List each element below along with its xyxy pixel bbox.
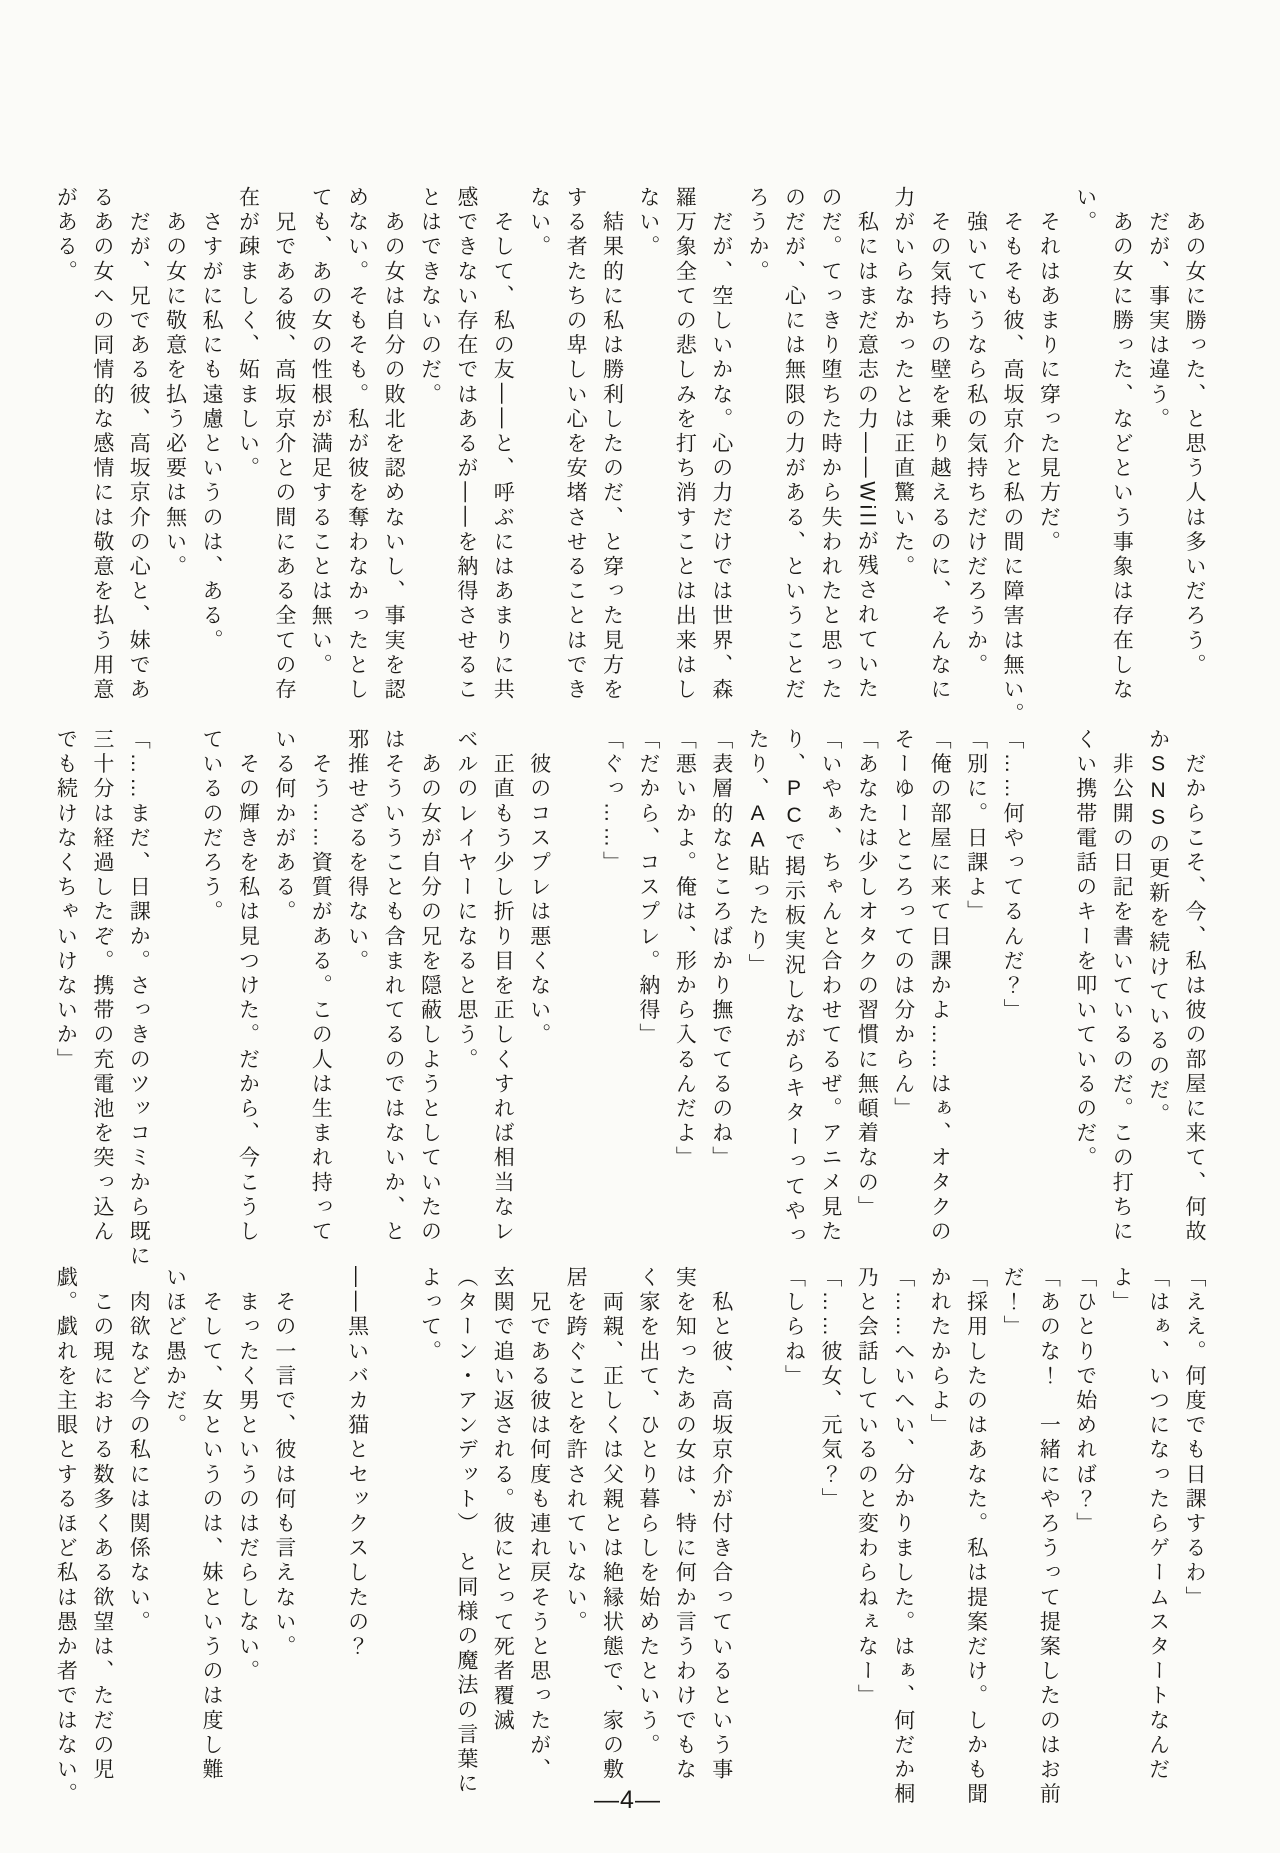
text-column: のだが、心には無限の力がある、ということだ bbox=[775, 186, 811, 704]
text-column: その輝きを私は見つけた。だから、今こうし bbox=[229, 728, 265, 1246]
text-column: する者たちの卑しい心を安堵させることはでき bbox=[557, 186, 593, 704]
text-column: 私にはまだ意志の力——Willが残されていた bbox=[848, 186, 884, 704]
text-column bbox=[156, 728, 192, 1246]
text-column: 感できない存在ではあるが——を納得させるこ bbox=[447, 186, 483, 704]
text-column: 在が疎ましく、妬ましい。 bbox=[229, 186, 265, 704]
text-column: がある。 bbox=[47, 186, 83, 704]
upright-latin-run: SNS bbox=[1147, 753, 1170, 833]
text-column: い。 bbox=[1066, 186, 1102, 704]
text-column: 正直もう少し折り目を正しくすれば相当なレ bbox=[484, 728, 520, 1246]
upright-latin-run: AA bbox=[746, 802, 769, 855]
text-column: ろうか。 bbox=[739, 186, 775, 704]
text-column: そして、私の友——と、呼ぶにはあまりに共 bbox=[484, 186, 520, 704]
text-column: 実を知ったあの女は、特に何か言うわけでもな bbox=[666, 1266, 702, 1784]
text-column: り、PCで掲示板実況しながらキターってやっ bbox=[775, 728, 811, 1246]
text-column: だが、兄である彼、高坂京介の心と、妹であ bbox=[120, 186, 156, 704]
text-column: 「ええ。何度でも日課するわ」 bbox=[1176, 1266, 1212, 1784]
document-page: { "page": { "number_label": "―4―", "back… bbox=[0, 0, 1280, 1853]
text-column: その気持ちの壁を乗り越えるのに、そんなに bbox=[921, 186, 957, 704]
text-column: それはあまりに穿った見方だ。 bbox=[1030, 186, 1066, 704]
text-column: 「ひとりで始めれば？」 bbox=[1066, 1266, 1102, 1784]
text-column: ない。 bbox=[630, 186, 666, 704]
text-column: 彼のコスプレは悪くない。 bbox=[520, 728, 556, 1246]
text-column: 力がいらなかったとは正直驚いた。 bbox=[884, 186, 920, 704]
text-column: 玄関で追い返される。彼にとって死者覆滅 bbox=[484, 1266, 520, 1784]
text-column: 兄である彼は何度も連れ戻そうと思ったが、 bbox=[520, 1266, 556, 1784]
text-column: そーゆーところってのは分からん」 bbox=[884, 728, 920, 1246]
text-column: 「……何やってるんだ？」 bbox=[994, 728, 1030, 1246]
text-column bbox=[375, 1266, 411, 1784]
text-column: るあの女への同情的な感情には敬意を払う用意 bbox=[83, 186, 119, 704]
text-column: 三十分は経過したぞ。携帯の充電池を突っ込ん bbox=[83, 728, 119, 1246]
text-column: 兄である彼、高坂京介との間にある全ての存 bbox=[265, 186, 301, 704]
upright-latin-run: PC bbox=[783, 777, 806, 830]
text-column: そして、女というのは、妹というのは度し難 bbox=[193, 1266, 229, 1784]
text-column: 「はぁ、いつになったらゲームスタートなんだ bbox=[1139, 1266, 1175, 1784]
text-column bbox=[739, 1266, 775, 1784]
text-column: そう……資質がある。この人は生まれ持って bbox=[302, 728, 338, 1246]
text-column: 私と彼、高坂京介が付き合っているという事 bbox=[702, 1266, 738, 1784]
text-column: あの女が自分の兄を隠蔽しようとしていたの bbox=[411, 728, 447, 1246]
text-column: 強いていうなら私の気持ちだけだろうか。 bbox=[957, 186, 993, 704]
text-column: 邪推せざるを得ない。 bbox=[338, 728, 374, 1246]
text-column: まったく男というのはだらしない。 bbox=[229, 1266, 265, 1784]
text-column: 「悪いかよ。俺は、形から入るんだよ」 bbox=[666, 728, 702, 1246]
text-column: 「採用したのはあなた。私は提案だけ。しかも聞 bbox=[957, 1266, 993, 1784]
text-column: たり、AA貼ったり」 bbox=[739, 728, 775, 1246]
text-column: 結果的に私は勝利したのだ、と穿った見方を bbox=[593, 186, 629, 704]
text-column: 「あのな！ 一緒にやろうって提案したのはお前 bbox=[1030, 1266, 1066, 1784]
text-column: めない。そもそも。私が彼を奪わなかったとし bbox=[338, 186, 374, 704]
text-column: 「だから、コスプレ。納得」 bbox=[630, 728, 666, 1246]
text-column: のだ。てっきり堕ちた時から失われたと思った bbox=[812, 186, 848, 704]
text-column: 居を跨ぐことを許されていない。 bbox=[557, 1266, 593, 1784]
text-band-bottom: 「ええ。何度でも日課するわ」「はぁ、いつになったらゲームスタートなんだよ」「ひと… bbox=[47, 1266, 1212, 1784]
text-column: 「あなたは少しオタクの習慣に無頓着なの」 bbox=[848, 728, 884, 1246]
text-column: とはできないのだ。 bbox=[411, 186, 447, 704]
text-column: よ」 bbox=[1103, 1266, 1139, 1784]
text-column: だが、空しいかな。心の力だけでは世界、森 bbox=[702, 186, 738, 704]
text-column: あの女に勝った、と思う人は多いだろう。 bbox=[1176, 186, 1212, 704]
text-column bbox=[557, 728, 593, 1246]
text-column: かSNSの更新を続けているのだ。 bbox=[1139, 728, 1175, 1246]
text-column: そもそも彼、高坂京介と私の間に障害は無い。 bbox=[994, 186, 1030, 704]
text-column: かれたからよ」 bbox=[921, 1266, 957, 1784]
text-column: その一言で、彼は何も言えない。 bbox=[265, 1266, 301, 1784]
text-column: 非公開の日記を書いているのだ。この打ちに bbox=[1103, 728, 1139, 1246]
text-column: よって。 bbox=[411, 1266, 447, 1784]
text-column: あの女に敬意を払う必要は無い。 bbox=[156, 186, 192, 704]
text-column: だが、事実は違う。 bbox=[1139, 186, 1175, 704]
text-band-middle: だからこそ、今、私は彼の部屋に来て、何故かSNSの更新を続けているのだ。 非公開… bbox=[47, 728, 1212, 1246]
text-column: 「表層的なところばかり撫でてるのね」 bbox=[702, 728, 738, 1246]
text-column: 「ぐっ……」 bbox=[593, 728, 629, 1246]
text-column: だからこそ、今、私は彼の部屋に来て、何故 bbox=[1176, 728, 1212, 1246]
text-column: 「……へいへい、分かりました。はぁ、何だか桐 bbox=[884, 1266, 920, 1784]
text-column: いほど愚かだ。 bbox=[156, 1266, 192, 1784]
text-column: ——黒いバカ猫とセックスしたの？ bbox=[338, 1266, 374, 1784]
text-column bbox=[1030, 728, 1066, 1246]
text-column: く家を出て、ひとり暮らしを始めたという。 bbox=[630, 1266, 666, 1784]
text-column: 「しらね」 bbox=[775, 1266, 811, 1784]
text-column: 「いやぁ、ちゃんと合わせてるぜ。アニメ見た bbox=[812, 728, 848, 1246]
text-column: でも続けなくちゃいけないか」 bbox=[47, 728, 83, 1246]
text-column: 「別に。日課よ」 bbox=[957, 728, 993, 1246]
text-column: 羅万象全ての悲しみを打ち消すことは出来はし bbox=[666, 186, 702, 704]
text-column: 戯。戯れを主眼とするほど私は愚か者ではない。 bbox=[47, 1266, 83, 1784]
text-band-top: あの女に勝った、と思う人は多いだろう。 だが、事実は違う。 あの女に勝った、など… bbox=[47, 186, 1212, 704]
text-column: 「……まだ、日課か。さっきのツッコミから既に bbox=[120, 728, 156, 1246]
text-column: ない。 bbox=[520, 186, 556, 704]
text-column: この現における数多くある欲望は、ただの児 bbox=[83, 1266, 119, 1784]
text-column: いる何かがある。 bbox=[265, 728, 301, 1246]
text-column: 肉欲など今の私には関係ない。 bbox=[120, 1266, 156, 1784]
text-column: 両親、正しくは父親とは絶縁状態で、家の敷 bbox=[593, 1266, 629, 1784]
text-column: くい携帯電話のキーを叩いているのだ。 bbox=[1066, 728, 1102, 1246]
text-column: （ターン・アンデット） と同様の魔法の言葉に bbox=[447, 1266, 483, 1784]
page-number: ―4― bbox=[545, 1786, 710, 1815]
text-column: ベルのレイヤーになると思う。 bbox=[447, 728, 483, 1246]
text-column: あの女は自分の敗北を認めないし、事実を認 bbox=[375, 186, 411, 704]
text-column: ても、あの女の性根が満足することは無い。 bbox=[302, 186, 338, 704]
text-column: 乃と会話しているのと変わらねぇなー」 bbox=[848, 1266, 884, 1784]
text-column: さすがに私にも遠慮というのは、ある。 bbox=[193, 186, 229, 704]
text-column: ているのだろう。 bbox=[193, 728, 229, 1246]
text-column bbox=[302, 1266, 338, 1784]
text-column: はそういうことも含まれてるのではないか、と bbox=[375, 728, 411, 1246]
text-column: だ！」 bbox=[994, 1266, 1030, 1784]
text-column: あの女に勝った、などという事象は存在しな bbox=[1103, 186, 1139, 704]
text-column: 「俺の部屋に来て日課かよ……はぁ、オタクの bbox=[921, 728, 957, 1246]
text-column: 「……彼女、元気？」 bbox=[812, 1266, 848, 1784]
